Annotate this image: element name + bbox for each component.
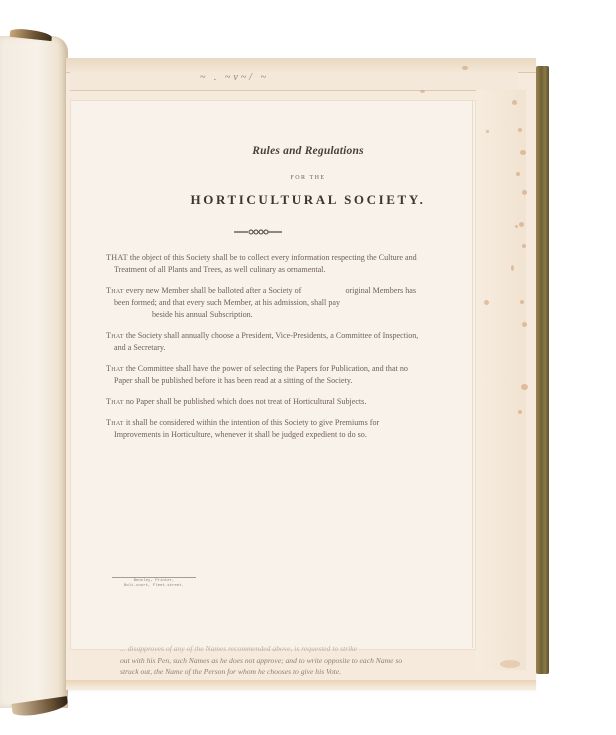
foxing-spot: [521, 384, 528, 390]
society-title: HORTICULTURAL SOCIETY.: [0, 192, 616, 208]
rule-lead: That: [106, 364, 124, 373]
imprint-line: Bolt-court, Fleet-street.: [112, 584, 196, 589]
blackletter-title: Rules and Regulations: [0, 145, 616, 157]
footnote: ... disapproves of any of the Names reco…: [120, 643, 440, 678]
imprint-rule: [112, 577, 196, 578]
title-connector: FOR THE: [0, 175, 616, 181]
footnote-line: struck out, the Name of the Person for w…: [120, 666, 440, 678]
footnote-line: out with his Pen, such Names as he does …: [120, 655, 440, 667]
foxing-spot: [522, 244, 526, 248]
rule-lead: That: [106, 397, 124, 406]
rule-text: beside his annual Subscription.: [114, 309, 426, 321]
foxing-spot: [500, 660, 520, 668]
rule-lead: That: [106, 331, 124, 340]
foxing-spot: [486, 130, 489, 133]
footnote-line: ... disapproves of any of the Names reco…: [120, 643, 440, 655]
foxing-spot: [512, 100, 517, 105]
foxing-spot: [522, 322, 527, 327]
foxing-spot: [511, 265, 514, 271]
page-fold-edge: [70, 72, 518, 91]
gilt-cover-edge: [536, 66, 549, 674]
rule-text: the Committee shall have the power of se…: [114, 364, 408, 385]
rule-text: it shall be considered within the intent…: [114, 418, 379, 439]
page-bottom-edge: [66, 680, 536, 688]
rule-lead: That: [106, 286, 124, 295]
book-photo: Y. cieties for ste or less es of Hus- br…: [0, 0, 616, 735]
chain-ornament-icon: [234, 229, 282, 235]
foxing-spot: [520, 300, 524, 304]
rule-text: no Paper shall be published which does n…: [126, 397, 367, 406]
rule-text: the Society shall annually choose a Pres…: [114, 331, 418, 352]
foxing-spot: [518, 410, 522, 414]
rule-item: That every new Member shall be balloted …: [106, 285, 426, 321]
rules-list: THAT the object of this Society shall be…: [106, 252, 426, 450]
foxing-spot: [519, 222, 524, 227]
rule-item: That it shall be considered within the i…: [106, 417, 426, 441]
foxing-spot: [515, 225, 518, 228]
foxing-spot: [518, 128, 522, 132]
rule-lead: That: [106, 418, 124, 427]
foxing-spot: [462, 66, 468, 70]
rule-text: every new Member shall be balloted after…: [126, 286, 302, 295]
foxing-spot: [420, 90, 425, 93]
rule-item: That the Society shall annually choose a…: [106, 330, 426, 354]
left-page: Y. cieties for ste or less es of Hus- br…: [0, 36, 68, 708]
rule-text: the object of this Society shall be to c…: [114, 253, 417, 274]
plate-edge-line: [472, 100, 473, 648]
rule-item: THAT the object of this Society shall be…: [106, 252, 426, 276]
rule-lead: THAT: [106, 253, 128, 262]
rule-item: That the Committee shall have the power …: [106, 363, 426, 387]
foxing-spot: [484, 300, 489, 305]
rule-item: That no Paper shall be published which d…: [106, 396, 426, 408]
pencil-annotation: ~ . ~v~/ ~: [200, 72, 269, 83]
printer-imprint: Bensley, Printer, Bolt-court, Fleet-stre…: [112, 579, 196, 589]
